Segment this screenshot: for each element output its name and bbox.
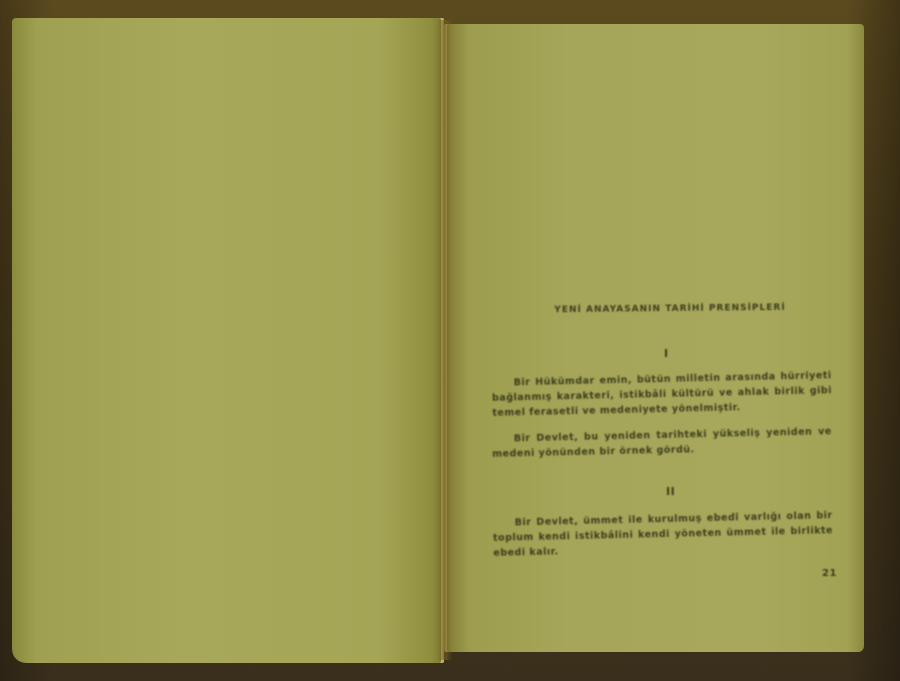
left-page [12,18,444,663]
paragraph: Bir Hükümdar emin, bütün milletin arasın… [492,368,833,421]
paragraph: Bir Devlet, ümmet ile kurulmuş ebedî var… [493,508,834,561]
book-gutter [438,20,452,660]
section-numeral: II [666,484,675,499]
chapter-heading: YENİ ANAYASANIN TARİHİ PRENSİPLERİ [530,301,810,319]
page-number: 21 [822,566,837,581]
section-numeral: I [664,346,669,361]
